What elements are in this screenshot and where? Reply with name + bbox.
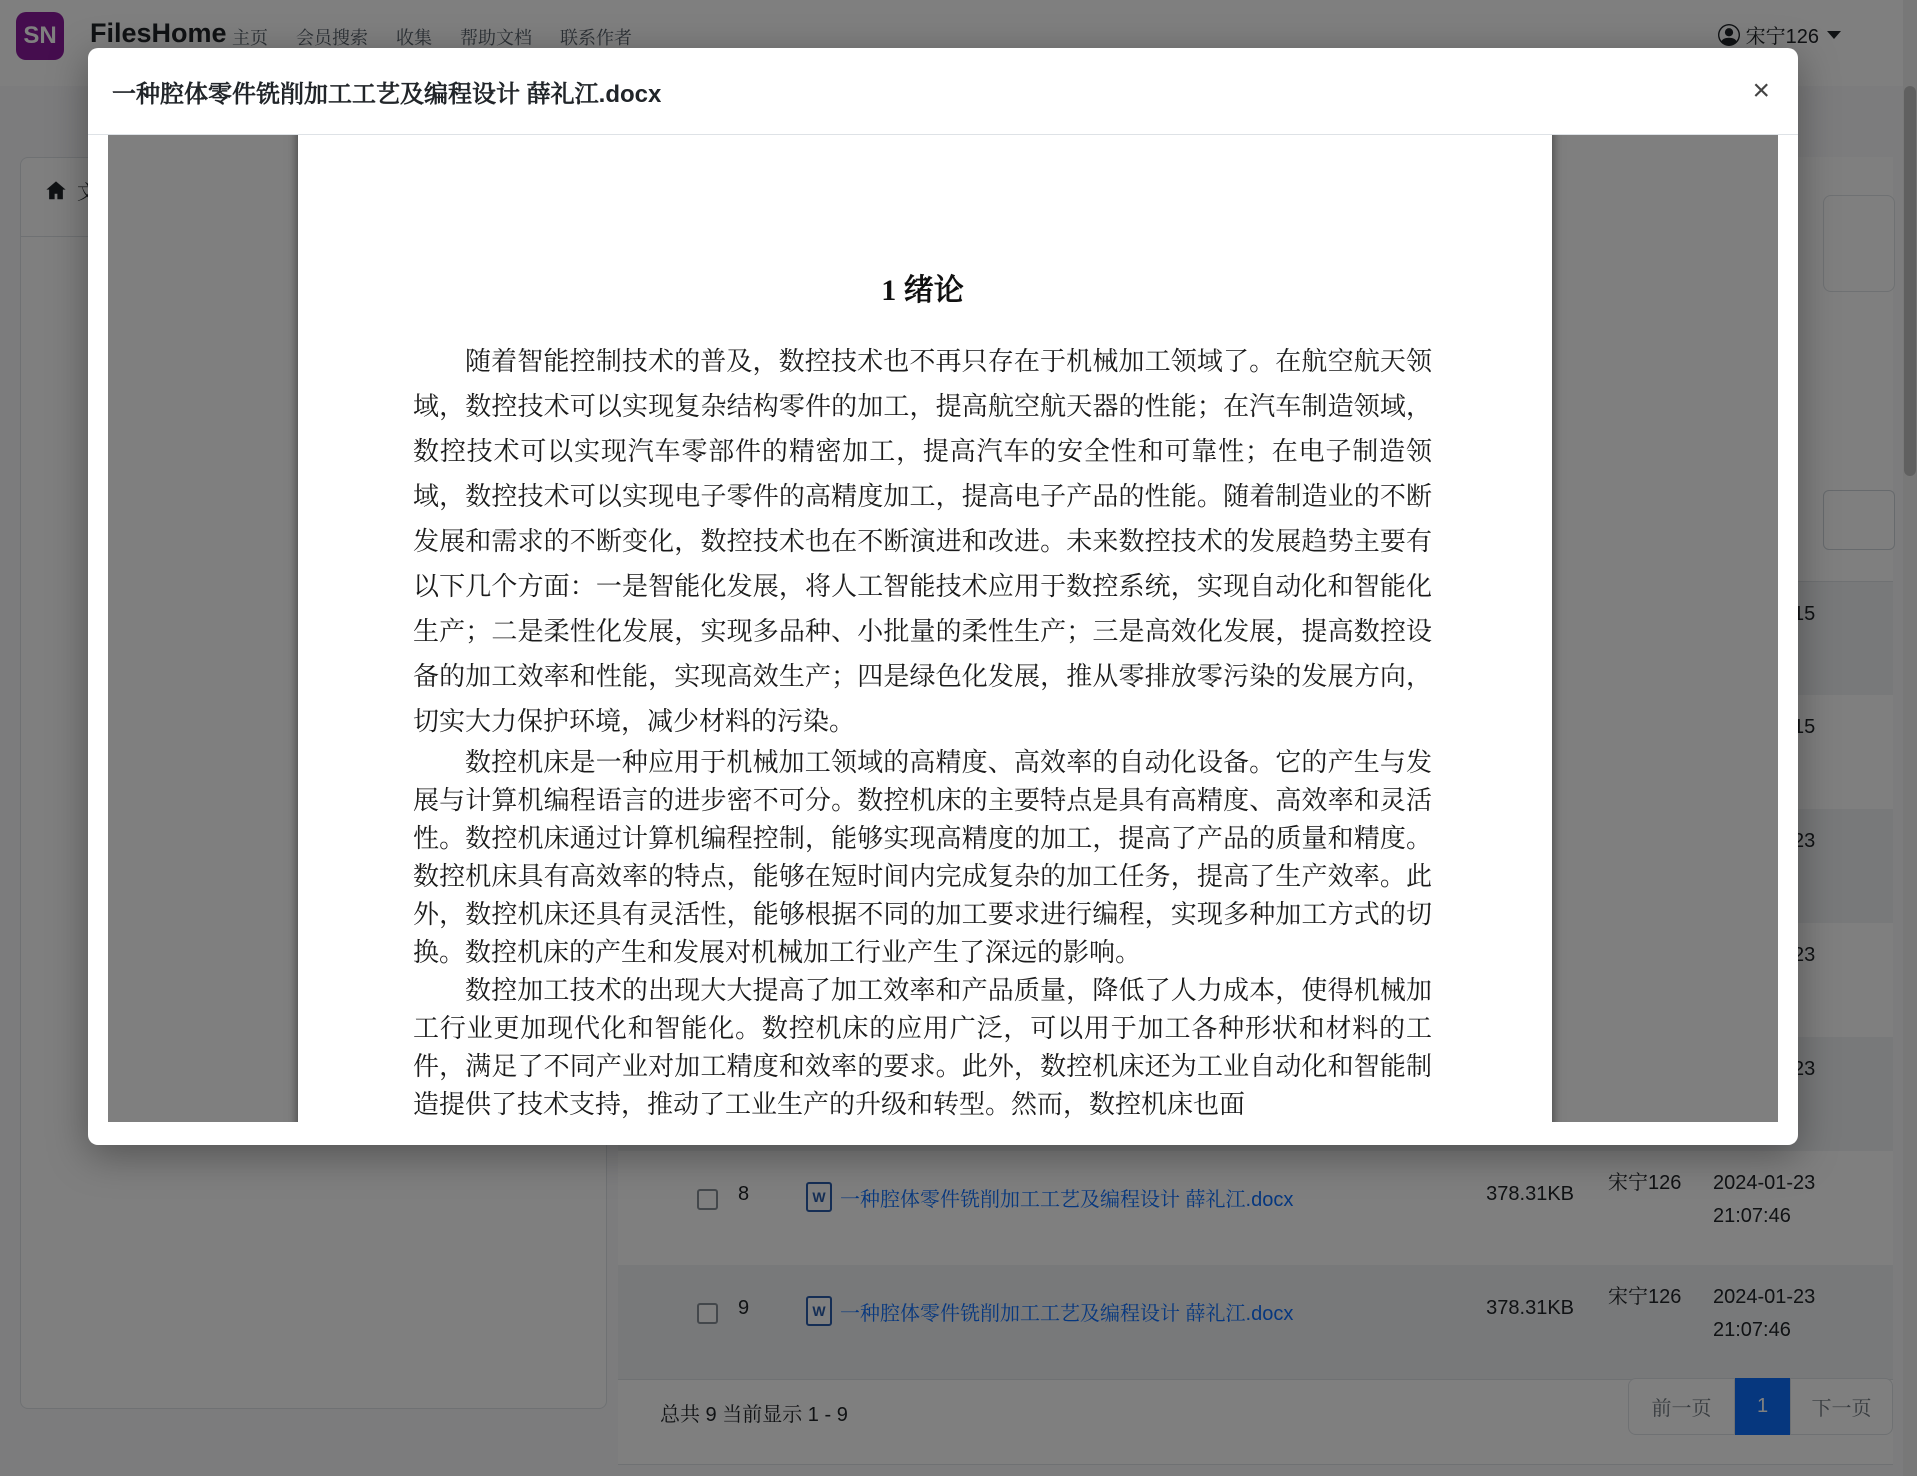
app-root: SN FilesHome 主页 会员搜索 收集 帮助文档 联系作者 宋宁126 …: [0, 0, 1917, 1476]
document-heading: 1 绪论: [413, 265, 1432, 309]
document-page: 1 绪论 随着智能控制技术的普及，数控技术也不再只存在于机械加工领域了。在航空航…: [298, 135, 1552, 1122]
close-icon[interactable]: ×: [1752, 76, 1770, 106]
modal-header: 一种腔体零件铣削加工工艺及编程设计 薛礼江.docx ×: [88, 48, 1798, 135]
docx-preview-viewport[interactable]: 1 绪论 随着智能控制技术的普及，数控技术也不再只存在于机械加工领域了。在航空航…: [108, 135, 1778, 1122]
file-preview-modal: 一种腔体零件铣削加工工艺及编程设计 薛礼江.docx × 1 绪论 随着智能控制…: [88, 48, 1798, 1145]
document-paragraph: 数控加工技术的出现大大提高了加工效率和产品质量，降低了人力成本，使得机械加工行业…: [413, 972, 1432, 1122]
document-paragraph: 数控机床是一种应用于机械加工领域的高精度、高效率的自动化设备。它的产生与发展与计…: [413, 744, 1432, 972]
modal-title: 一种腔体零件铣削加工工艺及编程设计 薛礼江.docx: [112, 74, 661, 109]
document-paragraph: 随着智能控制技术的普及，数控技术也不再只存在于机械加工领域了。在航空航天领域，数…: [413, 339, 1432, 744]
